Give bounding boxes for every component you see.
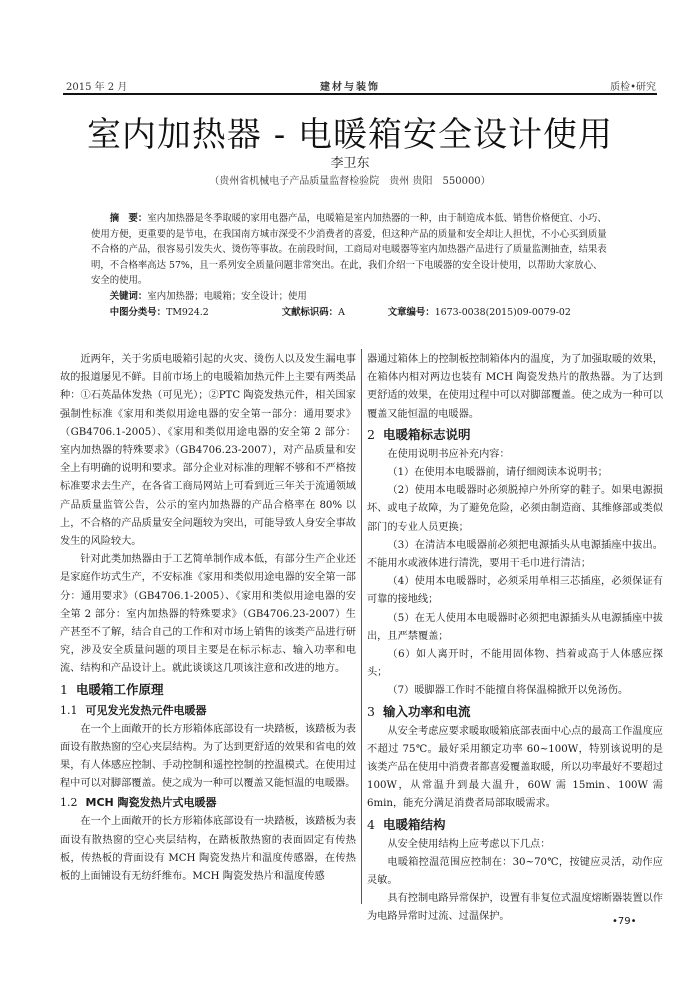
header-journal-name: 建材与装饰: [0, 78, 700, 93]
doc-code-label: 文献标识码：: [282, 307, 338, 318]
section-2-item: （1）在使用本电暖器前，请仔细阅读本说明书；: [367, 464, 663, 482]
classification-line: 中图分类号：TM924.2 文献标识码：A 文章编号：1673-0038(201…: [91, 305, 611, 321]
section-3-paragraph: 从安全考虑应要求暖取暖箱底部表面中心点的最高工作温度应不超过 75℃。最好采用额…: [367, 723, 663, 814]
paper-title: 室内加热器 - 电暖箱安全设计使用: [0, 107, 700, 156]
section-1-2-heading: 1.2MCH 陶瓷发热片式电暖器: [60, 793, 356, 813]
section-2-item: （4）使用本电暖器时，必须采用单相三芯插座，必须保证有可靠的接地线；: [367, 573, 663, 609]
keywords-label: 关键词：: [110, 291, 148, 302]
section-2-item: （3）在清洁本电暖器前必须把电源插头从电源插座中拔出。不能用水或液体进行清洗，要…: [367, 537, 663, 573]
section-4-intro: 从安全使用结构上应考虑以下几点：: [367, 836, 663, 854]
doc-code-value: A: [338, 307, 345, 318]
section-1-1-heading: 1.1可见发光发热元件电暖器: [60, 701, 356, 721]
column-divider: [361, 349, 362, 904]
section-1-1-paragraph: 在一个上面敞开的长方形箱体底部设有一块踏板，该踏板为表面设有散热窗的空心夹层结构…: [60, 721, 356, 794]
abstract-text: 室内加热器是冬季取暖的家用电器产品，电暖箱是室内加热器的一种，由于制造成本低、销…: [91, 213, 607, 286]
continued-paragraph: 器通过箱体上的控制板控制箱体内的温度，为了加强取暖的效果，在箱体内相对两边也装有…: [367, 351, 663, 424]
left-column: 近两年，关于劣质电暖箱引起的火灾、烫伤人以及发生漏电事故的报道屡见不鲜。目前市场…: [60, 351, 356, 886]
clc-value: TM924.2: [166, 307, 209, 318]
article-no-value: 1673-0038(2015)09-0079-02: [435, 307, 571, 318]
doc-code-field: 文献标识码：A: [282, 305, 388, 321]
section-2-heading: 2电暖箱标志说明: [367, 424, 663, 446]
right-column: 器通过箱体上的控制板控制箱体内的温度，为了加强取暖的效果，在箱体内相对两边也装有…: [367, 351, 663, 927]
header-section: 质检•研究: [610, 78, 656, 93]
keywords-line: 关键词：室内加热器；电暖箱；安全设计；使用: [91, 289, 611, 305]
section-2-item: （7）暖脚器工作时不能擅自将保温棉掀开以免汤伤。: [367, 682, 663, 700]
section-1-2-paragraph: 在一个上面敞开的长方形箱体底部设有一块踏板，该踏板为表面设有散热窗的空心夹层结构…: [60, 813, 356, 886]
keywords: 室内加热器；电暖箱；安全设计；使用: [147, 291, 306, 302]
article-no-field: 文章编号：1673-0038(2015)09-0079-02: [388, 305, 571, 321]
clc-field: 中图分类号：TM924.2: [110, 305, 282, 321]
section-4-heading: 4电暖箱结构: [367, 814, 663, 836]
section-2-item: （6）如人离开时，不能用固体物、挡着或高于人体感应探头；: [367, 646, 663, 682]
clc-label: 中图分类号：: [110, 307, 166, 318]
section-2-item: （2）使用本电暖器时必须脱掉户外所穿的鞋子。如果电源损坏、或电子故障，为了避免危…: [367, 482, 663, 537]
section-2-intro: 在使用说明书应补充内容：: [367, 446, 663, 464]
page-number: •79•: [612, 916, 637, 927]
intro-paragraph-2: 针对此类加热器由于工艺简单制作成本低，有部分生产企业还是家庭作坊式生产，不安标准…: [60, 551, 356, 678]
author: 李卫东: [0, 152, 700, 171]
abstract-paragraph: 摘 要：室内加热器是冬季取暖的家用电器产品，电暖箱是室内加热器的一种，由于制造成…: [91, 211, 611, 289]
section-1-heading: 1电暖箱工作原理: [60, 679, 356, 701]
intro-paragraph-1: 近两年，关于劣质电暖箱引起的火灾、烫伤人以及发生漏电事故的报道屡见不鲜。目前市场…: [60, 351, 356, 551]
section-3-heading: 3输入功率和电流: [367, 701, 663, 723]
abstract-block: 摘 要：室内加热器是冬季取暖的家用电器产品，电暖箱是室内加热器的一种，由于制造成…: [91, 211, 611, 320]
section-4-paragraph-1: 电暖箱控温范围应控制在：30~70℃，按键应灵活，动作应灵敏。: [367, 854, 663, 890]
abstract-label: 摘 要：: [110, 213, 148, 224]
section-2-item: （5）在无人使用本电暖器时必须把电源插头从电源插座中拔出，且严禁覆盖；: [367, 610, 663, 646]
affiliation: （贵州省机械电子产品质量监督检验院 贵州 贵阳 550000）: [0, 172, 700, 187]
article-no-label: 文章编号：: [388, 307, 435, 318]
header-rule: [63, 93, 657, 95]
